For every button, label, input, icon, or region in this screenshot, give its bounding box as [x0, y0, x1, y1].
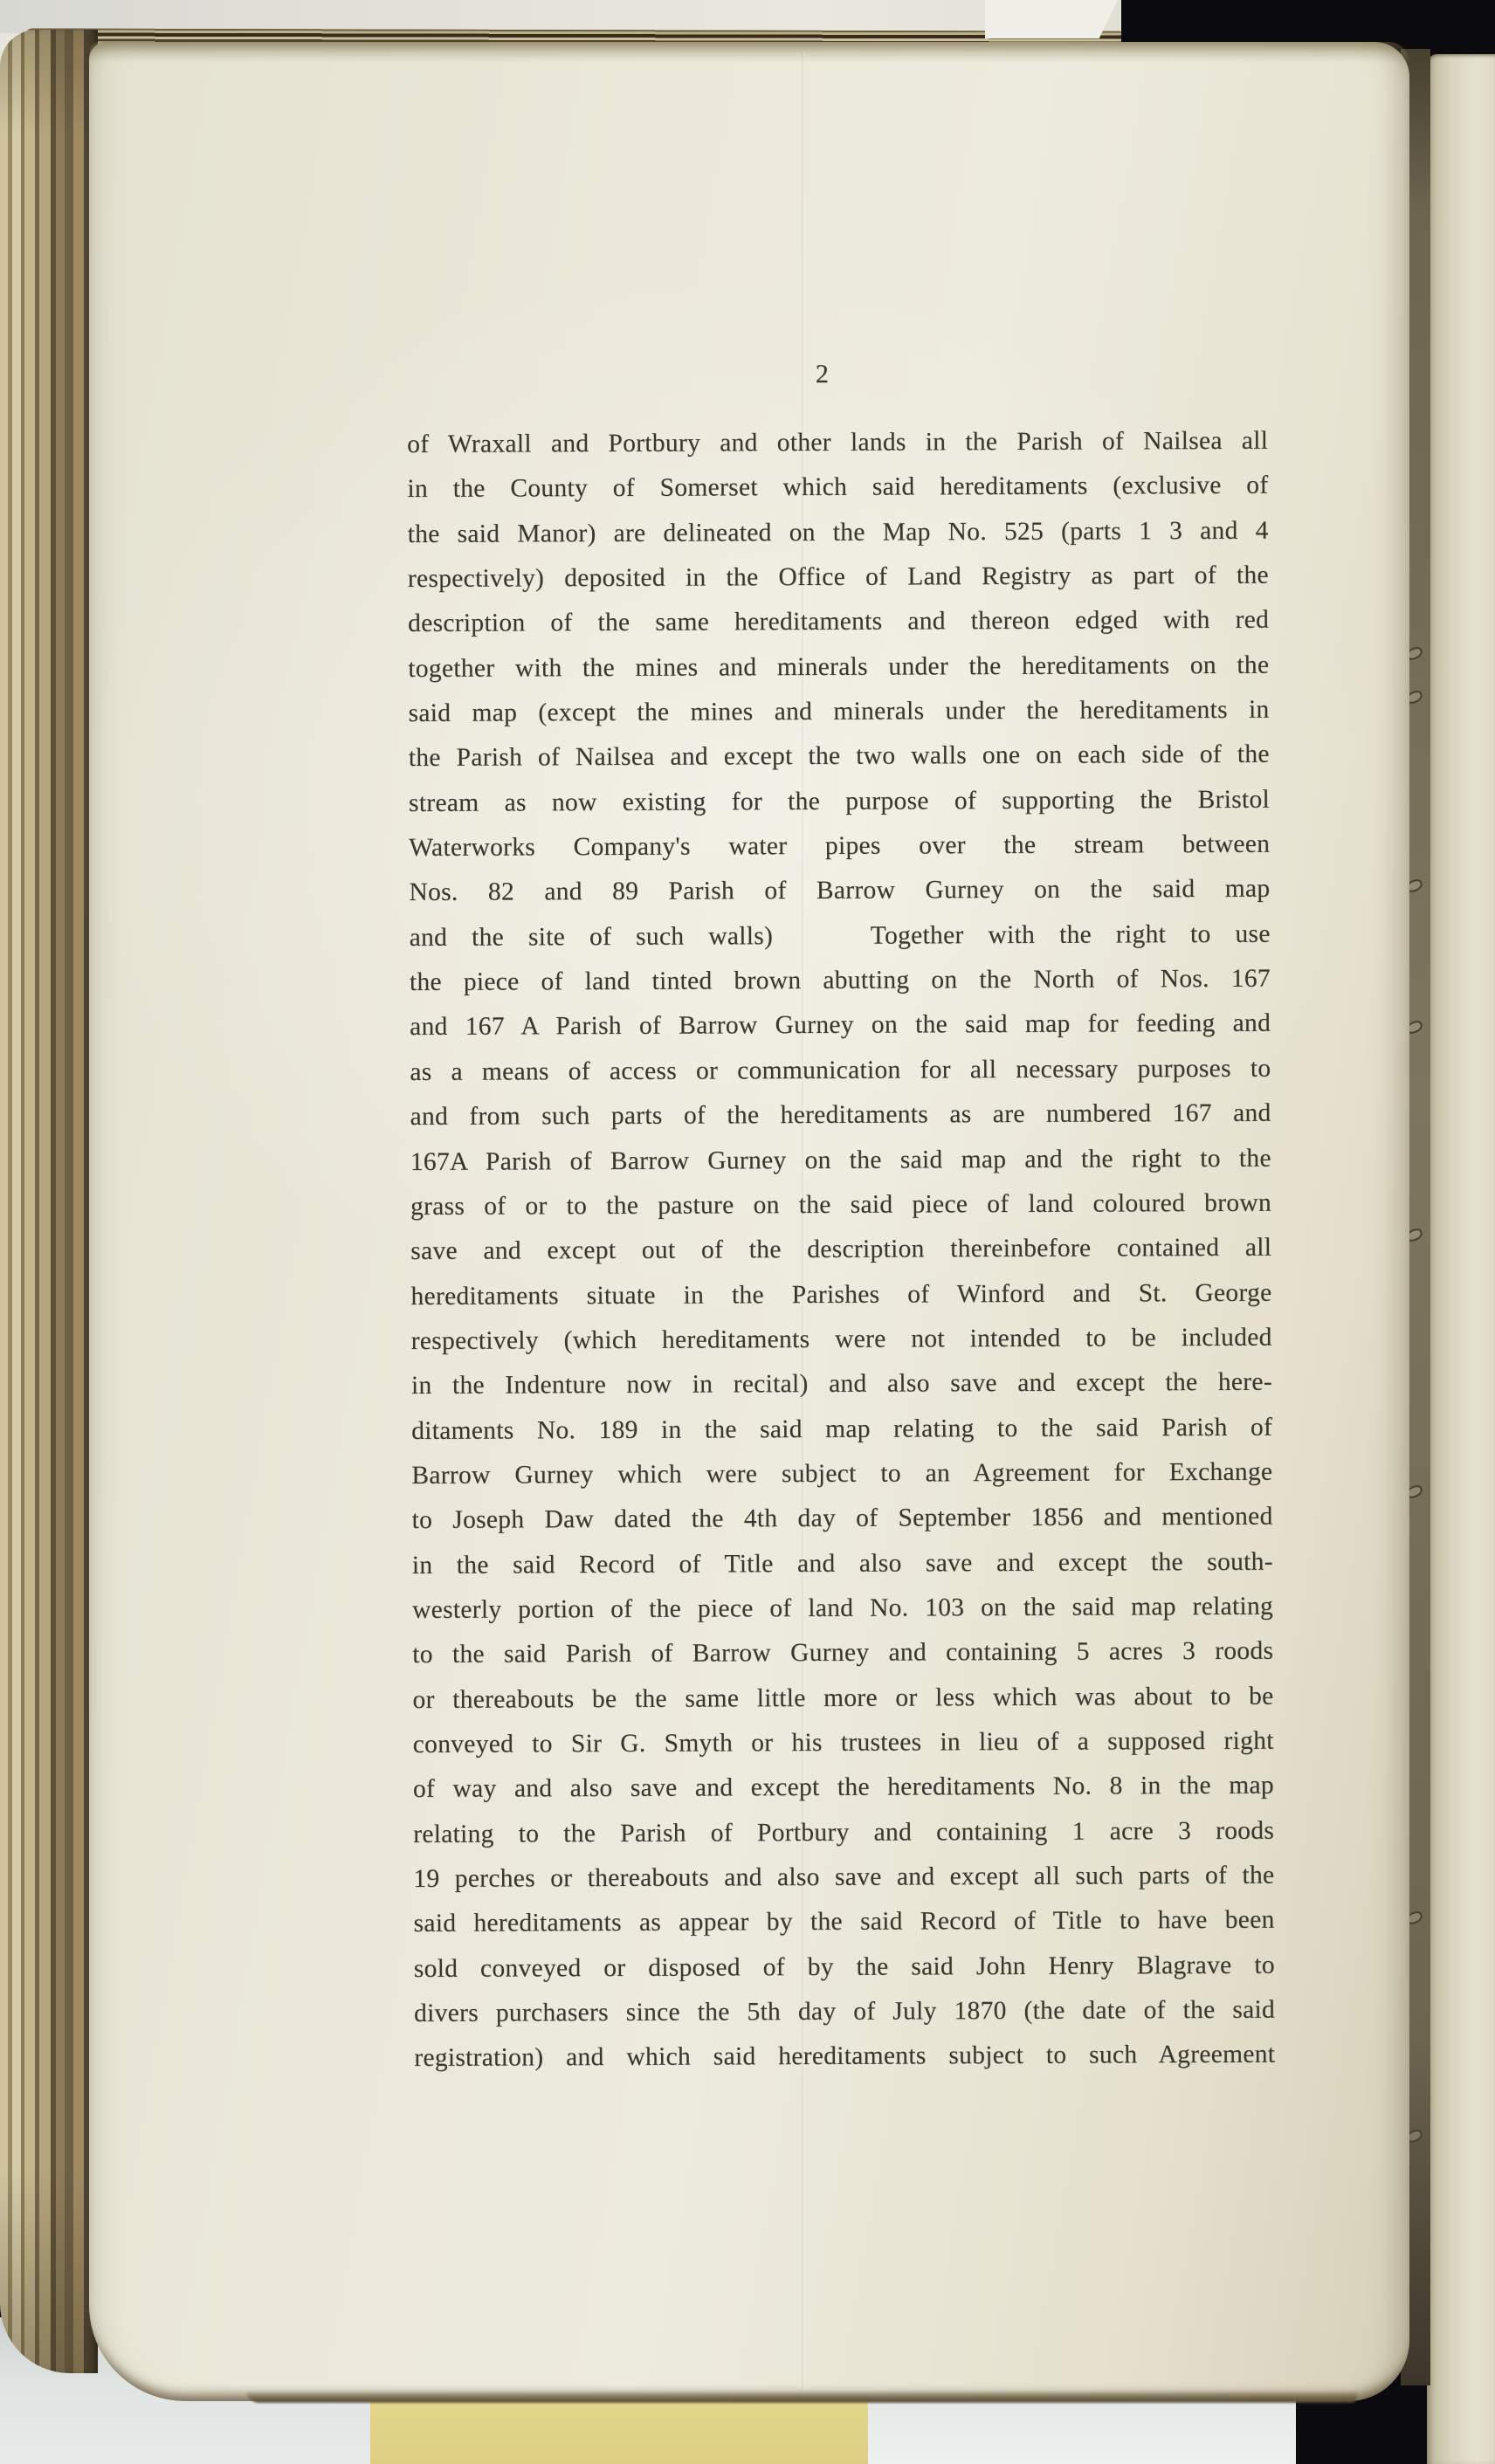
text-line: together with the mines and minerals und…: [408, 643, 1269, 692]
text-line: in the said Record of Title and also sav…: [412, 1539, 1273, 1588]
text-line: respectively (which hereditaments were n…: [411, 1316, 1272, 1365]
text-line: in the County of Somerset which said her…: [407, 464, 1268, 513]
text-line: 19 perches or thereabouts and also save …: [413, 1854, 1274, 1903]
text-line: and the site of such walls) Together wit…: [410, 912, 1271, 960]
text-line: hereditaments situate in the Parishes of…: [410, 1270, 1271, 1319]
text-line: divers purchasers since the 5th day of J…: [414, 1988, 1275, 2037]
text-line: grass of or to the pasture on the said p…: [410, 1181, 1271, 1230]
text-line: in the Indenture now in recital) and als…: [411, 1360, 1272, 1409]
text-line: to the said Parish of Barrow Gurney and …: [412, 1629, 1273, 1678]
text-line: the Parish of Nailsea and except the two…: [409, 733, 1270, 781]
text-line: and from such parts of the hereditaments…: [410, 1091, 1271, 1140]
page-edges-stack: [0, 30, 98, 2373]
text-line: said map (except the mines and minerals …: [408, 688, 1269, 737]
text-line: said hereditaments as appear by the said…: [414, 1898, 1275, 1947]
text-line: registration) and which said hereditamen…: [414, 2033, 1275, 2082]
text-line: Waterworks Company's water pipes over th…: [409, 822, 1270, 871]
white-inserted-sheet: [868, 2399, 1296, 2464]
page-number: 2: [407, 358, 1238, 391]
adjacent-page-edge: [1427, 54, 1495, 2464]
text-line: sold conveyed or disposed of by the said…: [414, 1943, 1275, 1992]
text-line: conveyed to Sir G. Smyth or his trustees…: [413, 1719, 1274, 1768]
text-line: stream as now existing for the purpose o…: [409, 777, 1270, 826]
text-line: westerly portion of the piece of land No…: [412, 1585, 1273, 1634]
text-line: 167A Parish of Barrow Gurney on the said…: [410, 1136, 1271, 1185]
text-line: of way and also save and except the here…: [413, 1764, 1274, 1813]
text-line: Barrow Gurney which were subject to an A…: [411, 1450, 1272, 1499]
text-line: relating to the Parish of Portbury and c…: [413, 1808, 1274, 1857]
text-line: and 167 A Parish of Barrow Gurney on the…: [410, 1001, 1271, 1050]
text-line: of Wraxall and Portbury and other lands …: [407, 419, 1268, 468]
text-line: or thereabouts be the same little more o…: [412, 1674, 1273, 1723]
text-line: the said Manor) are delineated on the Ma…: [408, 508, 1269, 557]
book-photo: 2 of Wraxall and Portbury and other land…: [0, 0, 1495, 2464]
body-text: of Wraxall and Portbury and other lands …: [407, 419, 1275, 2082]
book-top-edge-highlight: [985, 0, 1118, 38]
text-line: Nos. 82 and 89 Parish of Barrow Gurney o…: [409, 867, 1270, 916]
text-line: save and except out of the description t…: [410, 1226, 1271, 1275]
text-line: ditaments No. 189 in the said map relati…: [411, 1405, 1272, 1454]
text-line: to Joseph Daw dated the 4th day of Septe…: [411, 1495, 1272, 1544]
text-line: respectively) deposited in the Office of…: [408, 554, 1269, 602]
text-line: the piece of land tinted brown abutting …: [410, 957, 1271, 1006]
text-line: as a means of access or communication fo…: [410, 1046, 1271, 1095]
text-line: description of the same hereditaments an…: [408, 598, 1269, 647]
